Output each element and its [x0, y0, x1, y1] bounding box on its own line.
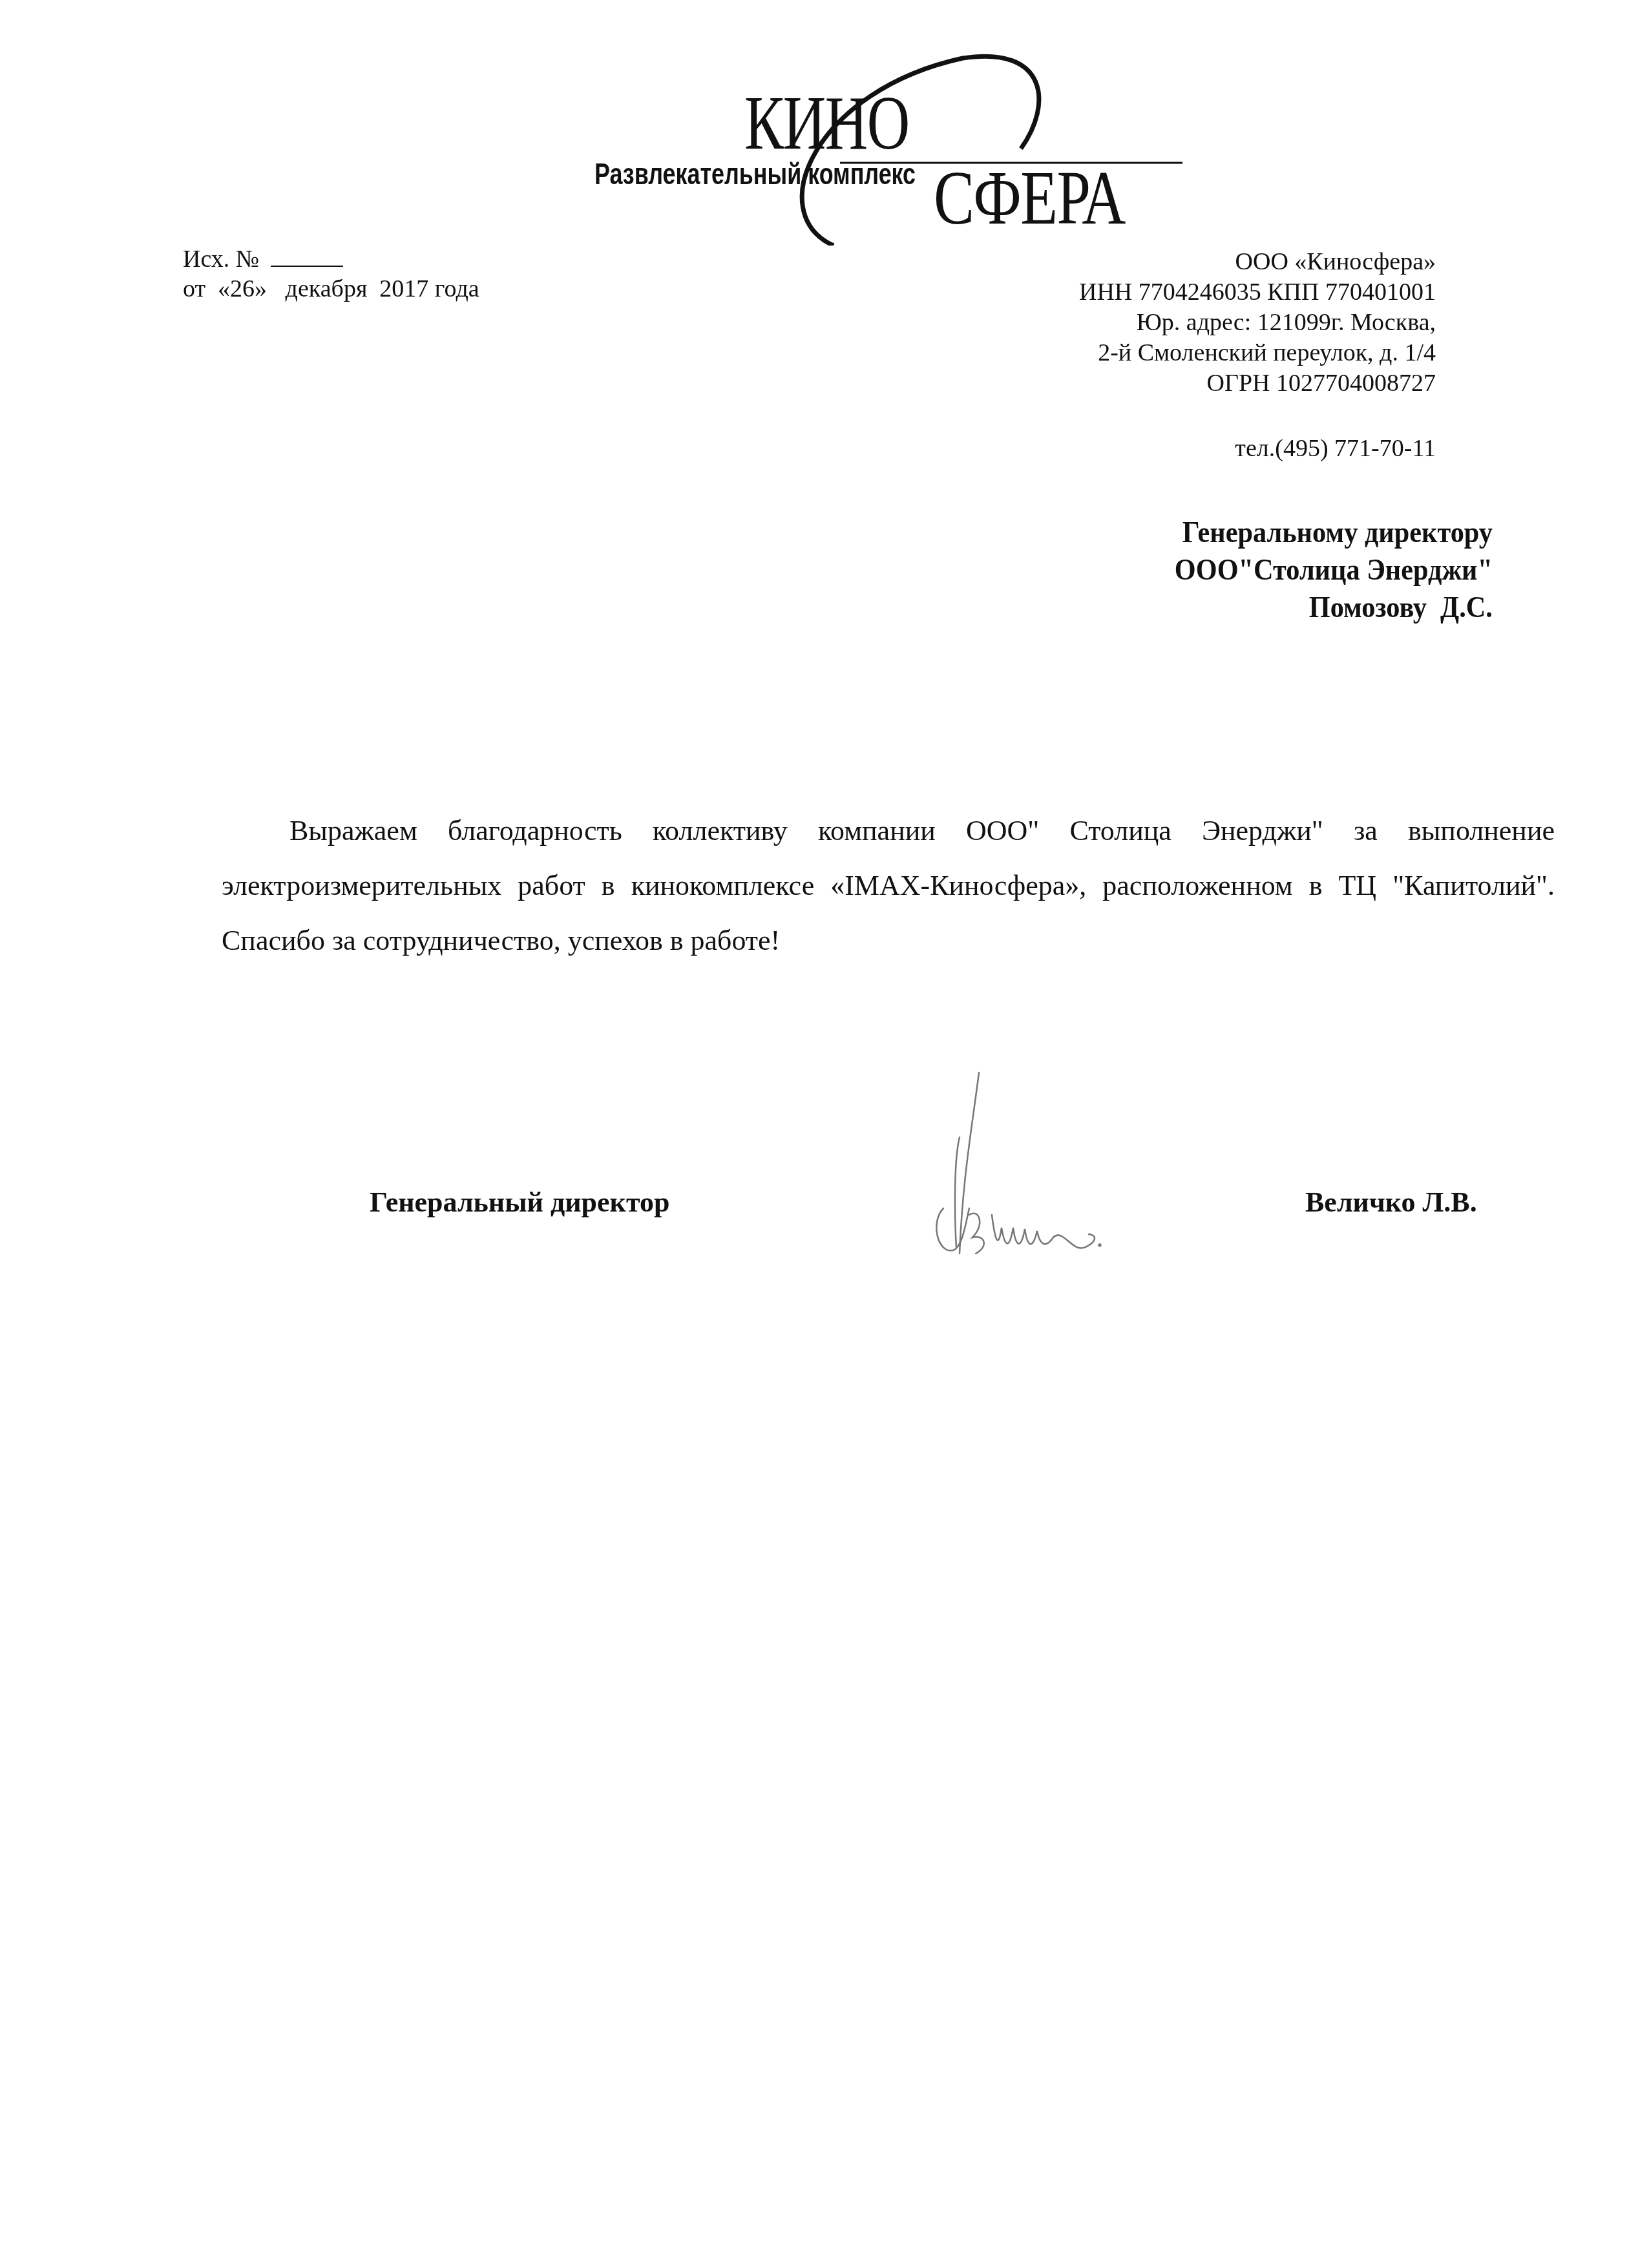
sender-ogrn: ОГРН 1027704008727: [1079, 368, 1436, 399]
logo-subtitle: Развлекательный комплекс: [594, 156, 916, 191]
sender-block: ООО «Киносфера» ИНН 7704246035 КПП 77040…: [1079, 247, 1436, 399]
reference-number-row: Исх. №: [183, 244, 479, 274]
company-logo: КИНО СФЕРА Развлекательный комплекс: [601, 52, 1221, 246]
letter-body: Выражаем благодарность коллективу компан…: [222, 803, 1555, 968]
logo-word-sfera: СФЕРА: [934, 160, 1125, 236]
sender-address-line-1: Юр. адрес: 121099г. Москва,: [1079, 308, 1436, 338]
sender-phone: тел.(495) 771-70-11: [1235, 434, 1436, 463]
addressee-position: Генеральному директору: [1175, 514, 1493, 551]
handwritten-signature-icon: [840, 1060, 1163, 1273]
reference-number-label: Исх. №: [183, 246, 259, 273]
outgoing-reference: Исх. № от «26» декабря 2017 года: [183, 244, 479, 304]
sender-company: ООО «Киносфера»: [1079, 247, 1436, 277]
logo-word-kino: КИНО: [744, 85, 909, 162]
addressee-block: Генеральному директору ООО"Столица Энерд…: [1147, 514, 1493, 626]
addressee-name: Помозову Д.С.: [1175, 589, 1493, 626]
sender-address-line-2: 2-й Смоленский переулок, д. 1/4: [1079, 338, 1436, 368]
sender-inn-kpp: ИНН 7704246035 КПП 770401001: [1079, 277, 1436, 308]
reference-date: от «26» декабря 2017 года: [183, 274, 479, 304]
reference-number-blank: [271, 246, 343, 267]
addressee-company: ООО"Столица Энерджи": [1175, 551, 1493, 589]
signatory-title: Генеральный директор: [370, 1186, 669, 1219]
signatory-name: Величко Л.В.: [1305, 1186, 1477, 1219]
logo-ellipse-icon: [601, 52, 1221, 246]
